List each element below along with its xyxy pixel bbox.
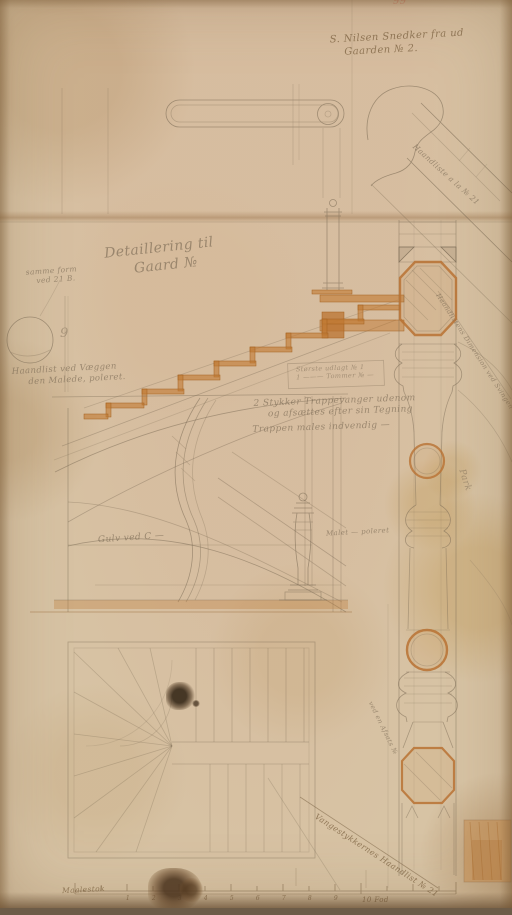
scale-tick-number: 9 bbox=[330, 895, 342, 903]
note-boxed: Største udlagt № 1 1 ——— Tommer № — bbox=[296, 363, 375, 382]
drawing-sheet: 99 S. Nilsen Snedker fra ud Gaarden № 2.… bbox=[0, 0, 512, 908]
stair-plan-view bbox=[68, 642, 315, 858]
scale-tick-number: 3 bbox=[174, 895, 186, 903]
scale-tick-number: 2 bbox=[148, 895, 160, 903]
scale-tick-number: 5 bbox=[226, 895, 238, 903]
note-wall-rail-form: samme form ved 21 B. bbox=[25, 264, 78, 286]
scale-tick-number: 6 bbox=[252, 895, 264, 903]
baluster-elevation bbox=[279, 493, 327, 600]
scale-tick-number: 4 bbox=[200, 895, 212, 903]
drawing-linework bbox=[0, 0, 512, 908]
scale-tick-number: 1 bbox=[122, 895, 134, 903]
note-stringers: 2 Stykker Trappevanger udenom og afsætte… bbox=[253, 393, 416, 435]
colour-sample-patch bbox=[464, 820, 511, 882]
scale-unit-label: 10 Fod bbox=[362, 896, 389, 905]
figure-mark: 9 bbox=[60, 326, 69, 342]
handrail-plan-view bbox=[166, 84, 344, 198]
stair-top-newel bbox=[322, 200, 344, 291]
photographed-drawing: { "sheet": { "archive_number": "99", "in… bbox=[0, 0, 512, 915]
archive-number: 99 bbox=[393, 0, 407, 9]
scale-tick-number: 7 bbox=[278, 895, 290, 903]
scale-tick-number: 8 bbox=[304, 895, 316, 903]
